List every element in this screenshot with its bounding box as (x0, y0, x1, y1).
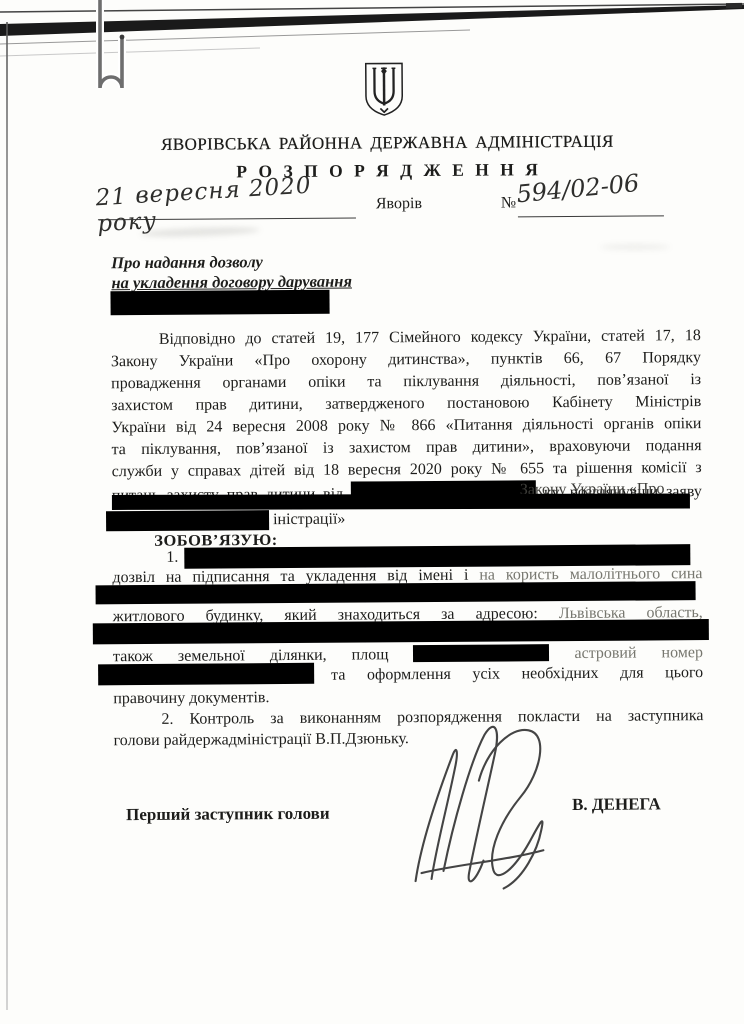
redaction-bar (110, 290, 329, 316)
redaction-bar (98, 663, 314, 686)
handwritten-signature (384, 722, 575, 891)
subject-block: Про надання дозволу на укладення договор… (111, 251, 451, 293)
document-content: ЯВОРІВСЬКА РАЙОННА ДЕРЖАВНА АДМІНІСТРАЦІ… (0, 0, 744, 1024)
date-field: 21 вересня 2020 року (98, 184, 356, 221)
redaction-bar (106, 510, 269, 531)
subject-line-1: Про надання дозволу (111, 251, 451, 273)
ukraine-trident-emblem-icon (363, 60, 405, 118)
organization-name: ЯВОРІВСЬКА РАЙОННА ДЕРЖАВНА АДМІНІСТРАЦІ… (57, 131, 717, 156)
number-field: 594/02-06 (518, 179, 664, 217)
signatory-name: В. ДЕНЕГА (572, 794, 661, 815)
place-label: Яворів (376, 195, 422, 213)
list-item-number: 1. (166, 549, 178, 567)
partially-redacted-text: іністрації» (273, 511, 345, 530)
signatory-role: Перший заступник голови (126, 804, 330, 825)
faded-text-fragment: астровий номер (574, 644, 703, 662)
number-sign: № (501, 194, 516, 212)
scanned-document-page: ЯВОРІВСЬКА РАЙОННА ДЕРЖАВНА АДМІНІСТРАЦІ… (0, 0, 744, 1024)
redaction-bar (93, 619, 709, 644)
redaction-bar (413, 644, 549, 662)
redaction-bar (112, 493, 690, 510)
